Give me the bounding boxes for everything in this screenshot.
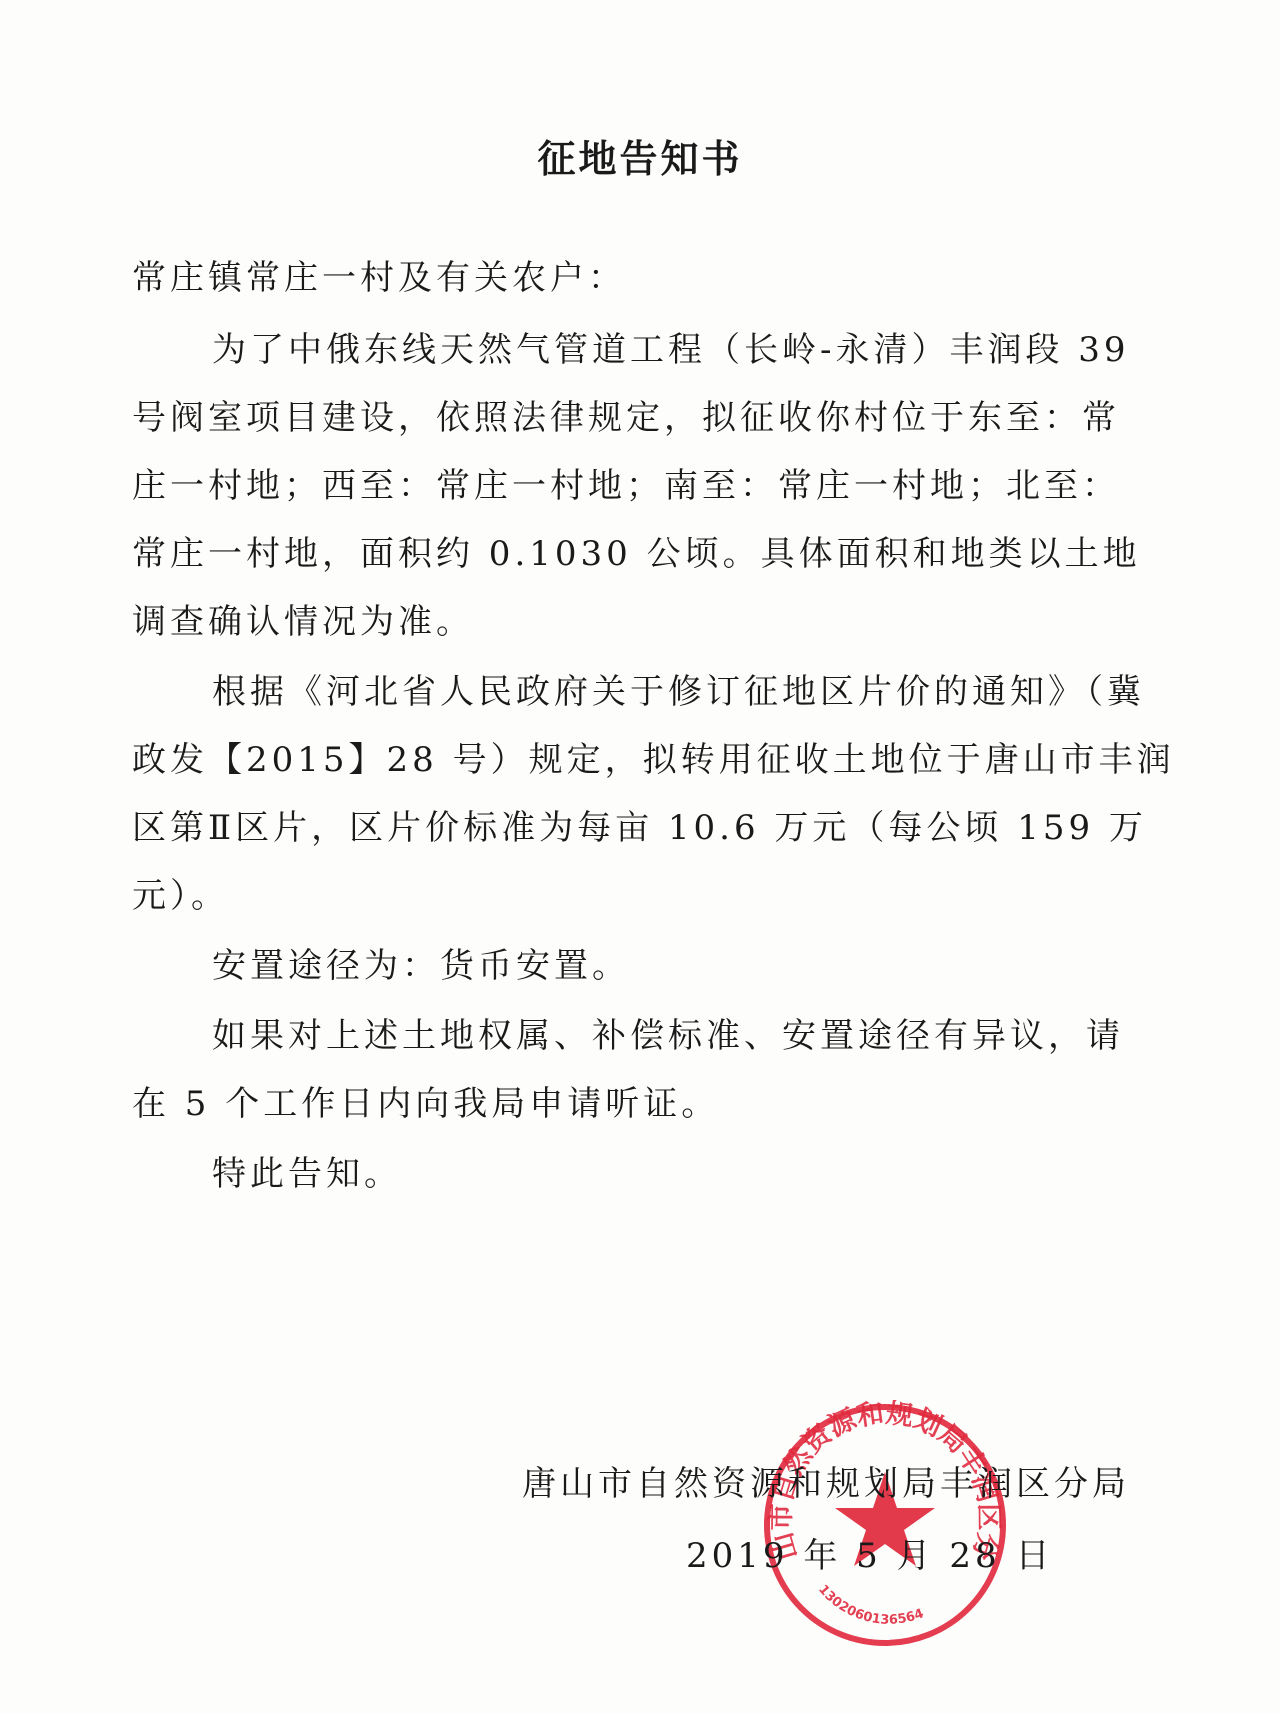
paragraph-1-line-4: 常庄一村地，面积约 0.1030 公顷。具体面积和地类以土地 (132, 534, 1142, 574)
paragraph-4-line-1: 如果对上述土地权属、补偿标准、安置途径有异议，请 (212, 1016, 1222, 1056)
paragraph-2-line-1: 根据《河北省人民政府关于修订征地区片价的通知》（冀 (212, 672, 1222, 712)
signature-organization: 唐山市自然资源和规划局丰润区分局 (522, 1456, 1130, 1505)
paragraph-2-line-3: 区第Ⅱ区片，区片价标准为每亩 10.6 万元（每公顷 159 万 (132, 808, 1142, 848)
svg-text:1302060136564: 1302060136564 (815, 1582, 926, 1628)
paragraph-3-line-1: 安置途径为：货币安置。 (212, 946, 1222, 986)
salutation: 常庄镇常庄一村及有关农户： (132, 258, 1142, 298)
paragraph-1-line-1: 为了中俄东线天然气管道工程（长岭-永清）丰润段 39 (212, 330, 1222, 370)
paragraph-5-line-1: 特此告知。 (212, 1154, 1222, 1194)
document-title: 征地告知书 (0, 128, 1280, 183)
paragraph-4-line-2: 在 5 个工作日内向我局申请听证。 (132, 1084, 1142, 1124)
paragraph-2-line-4: 元）。 (132, 876, 1142, 916)
paragraph-1-line-3: 庄一村地；西至：常庄一村地；南至：常庄一村地；北至： (132, 466, 1142, 506)
paragraph-1-line-5: 调查确认情况为准。 (132, 602, 1142, 642)
paragraph-2-line-2: 政发【2015】28 号）规定，拟转用征收土地位于唐山市丰润 (132, 740, 1142, 780)
signature-date: 2019 年 5 月 28 日 (686, 1528, 1053, 1577)
official-seal-icon: 唐山市自然资源和规划局丰润区分局 1302060136564 (760, 1400, 1010, 1650)
paragraph-1-line-2: 号阀室项目建设，依照法律规定，拟征收你村位于东至：常 (132, 398, 1142, 438)
